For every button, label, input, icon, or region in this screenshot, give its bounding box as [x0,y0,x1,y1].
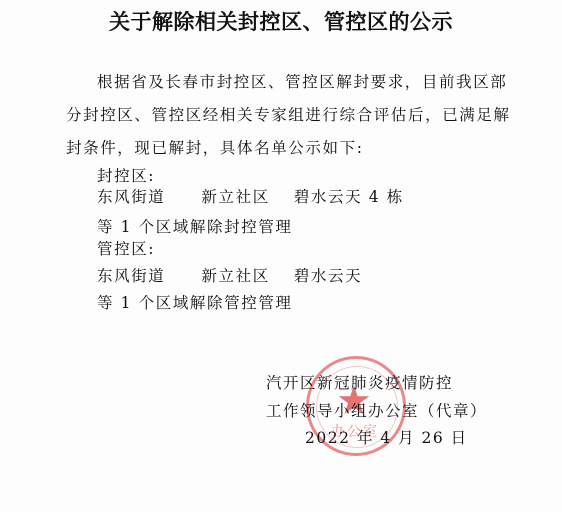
controlled-zone-entry: 东风街道新立社区碧水云天 [97,264,362,286]
sealed-zone-community: 新立社区 [201,188,269,206]
body-line-2: 分封控区、管控区经相关专家组进行综合评估后，已满足解 [66,103,511,125]
signature-org-line-2: 工作领导小组办公室（代章） [266,399,487,421]
signature-org-line-1: 汽开区新冠肺炎疫情防控 [266,371,453,393]
sealed-zone-heading: 封控区: [97,164,155,186]
controlled-zone-heading: 管控区: [97,237,155,259]
document-title: 关于解除相关封控区、管控区的公示 [0,6,562,36]
controlled-zone-location: 碧水云天 [294,267,362,285]
sealed-zone-location: 碧水云天 4 栋 [294,188,404,206]
controlled-zone-community: 新立社区 [201,267,269,285]
sealed-zone-street: 东风街道 [97,188,165,206]
body-line-1: 根据省及长春市封控区、管控区解封要求，目前我区部 [97,70,507,92]
sealed-zone-entry: 东风街道新立社区碧水云天 4 栋 [97,185,404,207]
sealed-zone-summary: 等 1 个区域解除封控管理 [97,215,293,237]
controlled-zone-street: 东风街道 [97,267,165,285]
signature-date: 2022 年 4 月 26 日 [305,426,468,448]
controlled-zone-summary: 等 1 个区域解除管控管理 [97,291,293,313]
body-line-3: 封条件，现已解封，具体名单公示如下: [66,136,364,158]
